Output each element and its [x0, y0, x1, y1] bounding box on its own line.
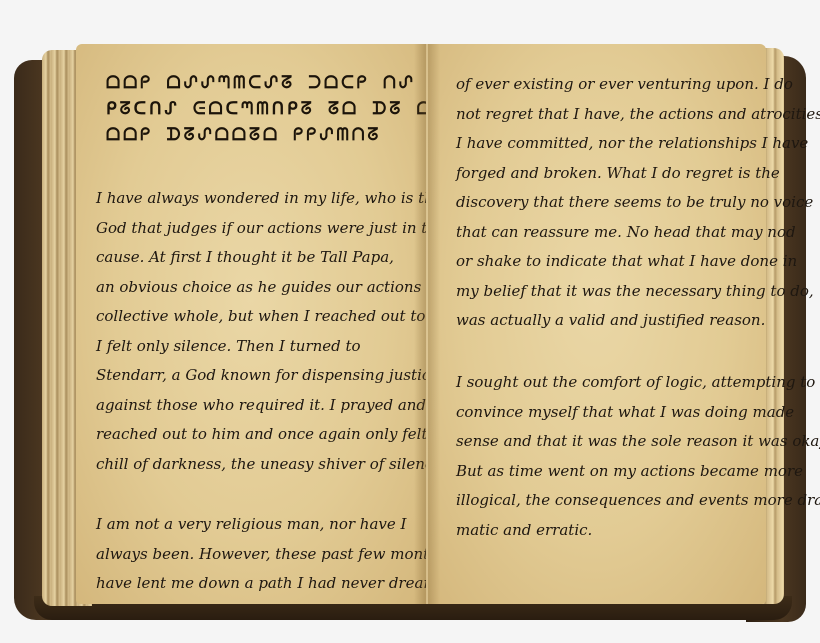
text-line: I have committed, nor the relationships … [456, 129, 820, 159]
text-line: God that judges if our actions were just… [96, 214, 459, 244]
text-line: against those who required it. I prayed … [96, 391, 459, 421]
text-line: my belief that it was the necessary thin… [456, 277, 820, 307]
daedric-line: ᗝᗝᑭ ᗝᔑᔑᘉᗰᑕᔑᘔ ᑐᗝᑕᑭ ᑎᔑ ᘔᗝ [106, 70, 406, 96]
text-line: or shake to indicate that what I have do… [456, 247, 820, 277]
text-line: an obvious choice as he guides our actio… [96, 273, 459, 303]
text-line: discovery that there seems to be truly n… [456, 188, 820, 218]
text-line: have lent me down a path I had never dre… [96, 569, 456, 599]
text-line: was actually a valid and justified reaso… [456, 306, 820, 336]
text-line: always been. However, these past few mon… [96, 540, 456, 570]
book-spine-gutter [414, 44, 440, 604]
daedric-line: ᗝᗝᑭ ᗪᘔᔑᗝᗝᘔᗝ ᑭᑭᔑᗰᑎᘔ [106, 122, 406, 148]
text-line: I sought out the comfort of logic, attem… [456, 368, 820, 398]
text-line: illogical, the consequences and events m… [456, 486, 820, 516]
right-paragraph-1: of ever existing or ever venturing upon.… [456, 70, 820, 336]
text-line: forged and broken. What I do regret is t… [456, 159, 820, 189]
text-line: matic and erratic. [456, 516, 820, 546]
left-paragraph-1: I have always wondered in my life, who i… [96, 184, 459, 479]
text-line: I am not a very religious man, nor have … [96, 510, 456, 540]
right-paragraph-2: I sought out the comfort of logic, attem… [456, 368, 820, 545]
text-line: of ever existing or ever venturing upon.… [456, 70, 820, 100]
text-line: But as time went on my actions became mo… [456, 457, 820, 487]
open-book: ᗝᗝᑭ ᗝᔑᔑᘉᗰᑕᔑᘔ ᑐᗝᑕᑭ ᑎᔑ ᘔᗝ ᑭᘔᑕᑎᔑ ᕮᗝᑕᘉᗰᑎᑭᘔ ᘔ… [14, 44, 806, 620]
text-line: Stendarr, a God known for dispensing jus… [96, 361, 459, 391]
daedric-line: ᑭᘔᑕᑎᔑ ᕮᗝᑕᘉᗰᑎᑭᘔ ᘔᗝ ᗪᘔ ᗝᑭᔑᔑ [106, 96, 406, 122]
text-line: not regret that I have, the actions and … [456, 100, 820, 130]
text-line: I felt only silence. Then I turned to [96, 332, 459, 362]
text-line: reached out to him and once again only f… [96, 420, 459, 450]
text-line: collective whole, but when I reached out… [96, 302, 459, 332]
text-line: that can reassure me. No head that may n… [456, 218, 820, 248]
left-page: ᗝᗝᑭ ᗝᔑᔑᘉᗰᑕᔑᘔ ᑐᗝᑕᑭ ᑎᔑ ᘔᗝ ᑭᘔᑕᑎᔑ ᕮᗝᑕᘉᗰᑎᑭᘔ ᘔ… [76, 44, 426, 604]
text-line: convince myself that what I was doing ma… [456, 398, 820, 428]
text-line: I have always wondered in my life, who i… [96, 184, 459, 214]
daedric-header: ᗝᗝᑭ ᗝᔑᔑᘉᗰᑕᔑᘔ ᑐᗝᑕᑭ ᑎᔑ ᘔᗝ ᑭᘔᑕᑎᔑ ᕮᗝᑕᘉᗰᑎᑭᘔ ᘔ… [106, 70, 406, 148]
text-line: cause. At first I thought it be Tall Pap… [96, 243, 459, 273]
right-page: of ever existing or ever venturing upon.… [426, 44, 766, 604]
left-paragraph-2: I am not a very religious man, nor have … [96, 510, 456, 599]
text-line: sense and that it was the sole reason it… [456, 427, 820, 457]
text-line: chill of darkness, the uneasy shiver of … [96, 450, 459, 480]
